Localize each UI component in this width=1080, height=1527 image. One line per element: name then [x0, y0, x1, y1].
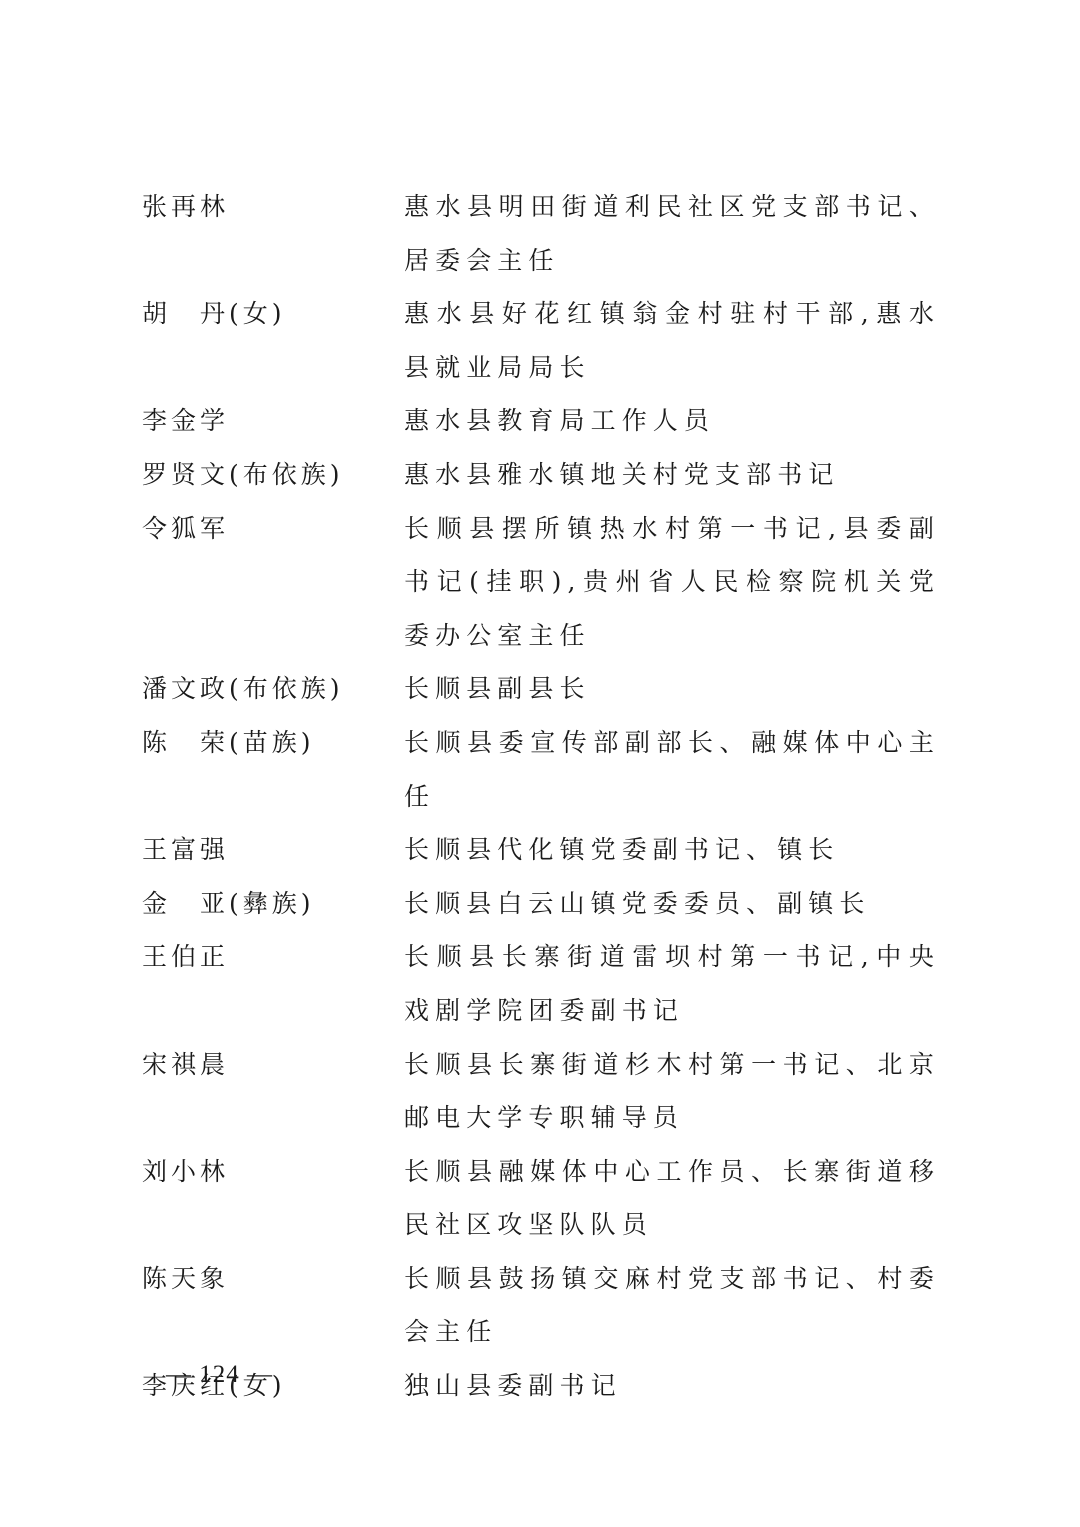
person-position: 长顺县白云山镇党委委员、副镇长	[404, 877, 940, 931]
list-item: 张再林 惠水县明田街道利民社区党支部书记、居委会主任	[142, 180, 942, 287]
list-item: 潘文政(布依族) 长顺县副县长	[142, 662, 942, 716]
list-item: 胡 丹(女) 惠水县好花红镇翁金村驻村干部,惠水县就业局局长	[142, 287, 942, 394]
person-position: 惠水县雅水镇地关村党支部书记	[404, 448, 940, 502]
person-name: 陈天象	[142, 1252, 404, 1306]
list-item: 罗贤文(布依族) 惠水县雅水镇地关村党支部书记	[142, 448, 942, 502]
person-name: 张再林	[142, 180, 404, 234]
person-position: 长顺县摆所镇热水村第一书记,县委副书记(挂职),贵州省人民检察院机关党委办公室主…	[404, 502, 940, 663]
person-position: 惠水县好花红镇翁金村驻村干部,惠水县就业局局长	[404, 287, 940, 394]
personnel-list: 张再林 惠水县明田街道利民社区党支部书记、居委会主任 胡 丹(女) 惠水县好花红…	[142, 180, 942, 1413]
list-item: 刘小林 长顺县融媒体中心工作员、长寨街道移民社区攻坚队队员	[142, 1145, 942, 1252]
list-item: 金 亚(彝族) 长顺县白云山镇党委委员、副镇长	[142, 877, 942, 931]
list-item: 令狐军 长顺县摆所镇热水村第一书记,县委副书记(挂职),贵州省人民检察院机关党委…	[142, 502, 942, 663]
page-number: — 124 —	[166, 1360, 273, 1390]
person-name: 令狐军	[142, 502, 404, 556]
person-name: 金 亚(彝族)	[142, 877, 404, 931]
person-position: 长顺县长寨街道杉木村第一书记、北京邮电大学专职辅导员	[404, 1038, 940, 1145]
person-position: 长顺县委宣传部副部长、融媒体中心主任	[404, 716, 940, 823]
person-name: 王伯正	[142, 930, 404, 984]
person-name: 宋祺晨	[142, 1038, 404, 1092]
person-position: 长顺县鼓扬镇交麻村党支部书记、村委会主任	[404, 1252, 940, 1359]
person-position: 长顺县融媒体中心工作员、长寨街道移民社区攻坚队队员	[404, 1145, 940, 1252]
document-page: 张再林 惠水县明田街道利民社区党支部书记、居委会主任 胡 丹(女) 惠水县好花红…	[0, 0, 1080, 1527]
person-name: 陈 荣(苗族)	[142, 716, 404, 770]
person-name: 潘文政(布依族)	[142, 662, 404, 716]
person-position: 长顺县副县长	[404, 662, 940, 716]
person-name: 罗贤文(布依族)	[142, 448, 404, 502]
list-item: 王富强 长顺县代化镇党委副书记、镇长	[142, 823, 942, 877]
person-position: 独山县委副书记	[404, 1359, 940, 1413]
person-position: 长顺县长寨街道雷坝村第一书记,中央戏剧学院团委副书记	[404, 930, 940, 1037]
person-position: 惠水县教育局工作人员	[404, 394, 940, 448]
list-item: 陈天象 长顺县鼓扬镇交麻村党支部书记、村委会主任	[142, 1252, 942, 1359]
person-name: 王富强	[142, 823, 404, 877]
person-name: 李金学	[142, 394, 404, 448]
list-item: 宋祺晨 长顺县长寨街道杉木村第一书记、北京邮电大学专职辅导员	[142, 1038, 942, 1145]
person-name: 刘小林	[142, 1145, 404, 1199]
list-item: 陈 荣(苗族) 长顺县委宣传部副部长、融媒体中心主任	[142, 716, 942, 823]
list-item: 王伯正 长顺县长寨街道雷坝村第一书记,中央戏剧学院团委副书记	[142, 930, 942, 1037]
person-name: 胡 丹(女)	[142, 287, 404, 341]
person-position: 长顺县代化镇党委副书记、镇长	[404, 823, 940, 877]
person-position: 惠水县明田街道利民社区党支部书记、居委会主任	[404, 180, 940, 287]
list-item: 李金学 惠水县教育局工作人员	[142, 394, 942, 448]
